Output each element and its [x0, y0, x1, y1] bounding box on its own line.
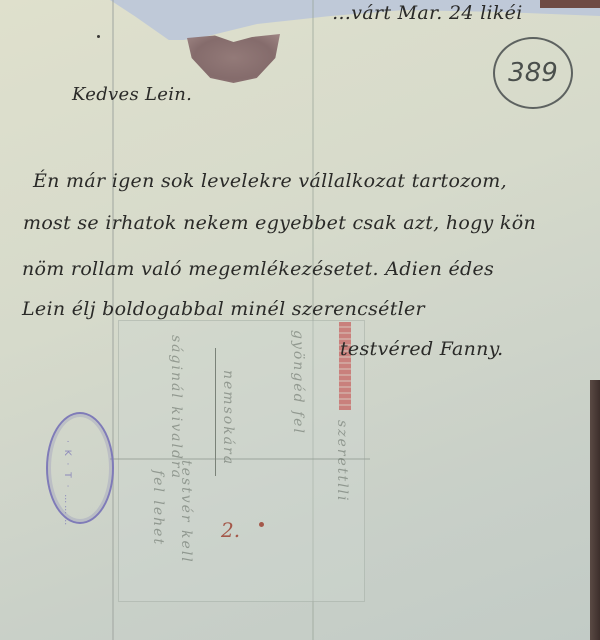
body-line-3: nöm rollam való megemlékezésetet. Adien … — [22, 258, 494, 280]
ruled-line — [215, 348, 216, 476]
bleed-through-text: testvér kell — [178, 460, 194, 564]
oval-stamp-text: · K · T · ……… — [62, 440, 72, 527]
oval-archive-stamp — [46, 412, 114, 524]
body-line-2: most se irhatok nekem egyebbet csak azt,… — [23, 212, 536, 234]
salutation: Kedves Lein. — [72, 84, 192, 105]
red-postal-stamp — [339, 322, 351, 410]
red-ink-dot — [259, 522, 264, 527]
bleed-through-text: gyöngéd fel — [290, 330, 306, 435]
date-line: …várt Mar. 24 lik­éi — [332, 2, 523, 24]
body-line-4: Lein élj boldogabbal minél szerencsétler — [22, 298, 425, 320]
fold-crease-horizontal — [110, 458, 370, 460]
archive-number: 389 — [508, 58, 558, 88]
bleed-through-text: szerettlli — [334, 420, 350, 503]
ink-dot — [97, 35, 100, 38]
body-line-1: Én már igen sok levelekre vállalkozat ta… — [33, 170, 507, 192]
bleed-through-text: ságinál kivaldra — [168, 335, 184, 480]
dark-edge-shadow — [590, 380, 600, 640]
bleed-through-text: nemsokára — [220, 370, 236, 466]
red-ink-mark: 2. — [221, 518, 240, 542]
dark-background-corner — [540, 0, 600, 8]
bleed-through-text: fel lehet — [150, 470, 166, 546]
archive-number-circle: 389 — [493, 37, 573, 109]
signature: testvéred Fanny. — [340, 338, 504, 360]
inner-folded-sheet — [118, 320, 365, 602]
